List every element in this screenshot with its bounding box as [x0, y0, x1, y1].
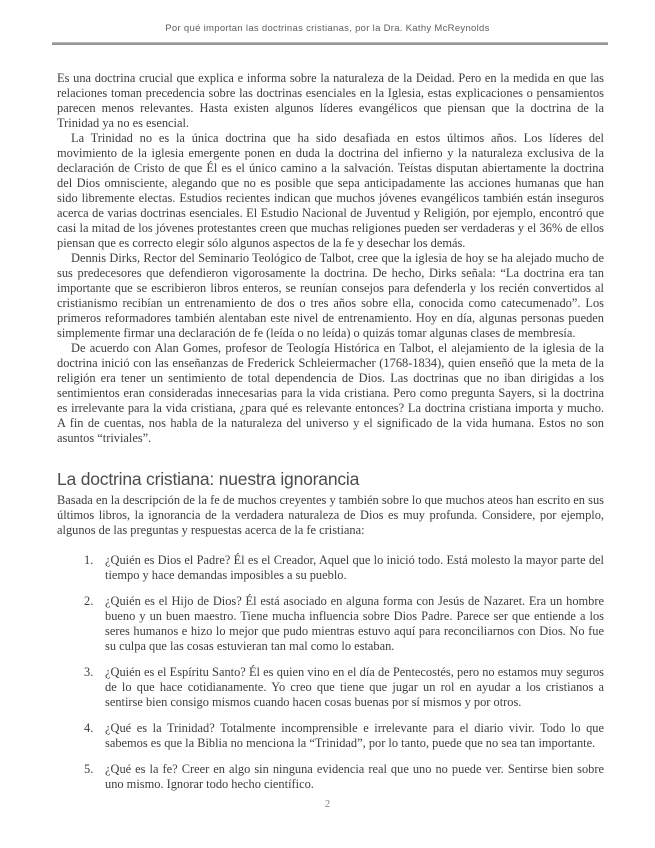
list-item-number: 1. — [84, 553, 105, 583]
body-paragraph: La Trinidad no es la única doctrina que … — [57, 131, 604, 251]
list-item-text: ¿Quién es el Hijo de Dios? Él está asoci… — [105, 594, 604, 654]
list-item-number: 3. — [84, 665, 105, 710]
list-item-text: ¿Quién es Dios el Padre? Él es el Creado… — [105, 553, 604, 583]
document-page: Por qué importan las doctrinas cristiana… — [0, 0, 655, 848]
list-item-text: ¿Qué es la fe? Creer en algo sin ninguna… — [105, 762, 604, 792]
list-item: 2. ¿Quién es el Hijo de Dios? Él está as… — [57, 594, 604, 654]
section-heading: La doctrina cristiana: nuestra ignoranci… — [57, 467, 604, 491]
list-item-text: ¿Quién es el Espíritu Santo? Él es quien… — [105, 665, 604, 710]
section-intro-paragraph: Basada en la descripción de la fe de muc… — [57, 493, 604, 538]
list-item: 5. ¿Qué es la fe? Creer en algo sin ning… — [57, 762, 604, 792]
questions-list: 1. ¿Quién es Dios el Padre? Él es el Cre… — [57, 553, 604, 792]
document-body: Es una doctrina crucial que explica e in… — [57, 45, 604, 792]
list-item: 3. ¿Quién es el Espíritu Santo? Él es qu… — [57, 665, 604, 710]
list-item-number: 2. — [84, 594, 105, 654]
list-item-text: ¿Qué es la Trinidad? Totalmente incompre… — [105, 721, 604, 751]
body-paragraph: De acuerdo con Alan Gomes, profesor de T… — [57, 341, 604, 446]
list-item: 1. ¿Quién es Dios el Padre? Él es el Cre… — [57, 553, 604, 583]
list-item-number: 5. — [84, 762, 105, 792]
list-item-number: 4. — [84, 721, 105, 751]
running-header-title: Por qué importan las doctrinas cristiana… — [0, 0, 655, 34]
list-item: 4. ¿Qué es la Trinidad? Totalmente incom… — [57, 721, 604, 751]
body-paragraph: Dennis Dirks, Rector del Seminario Teoló… — [57, 251, 604, 341]
body-paragraph: Es una doctrina crucial que explica e in… — [57, 71, 604, 131]
page-number: 2 — [0, 799, 655, 810]
